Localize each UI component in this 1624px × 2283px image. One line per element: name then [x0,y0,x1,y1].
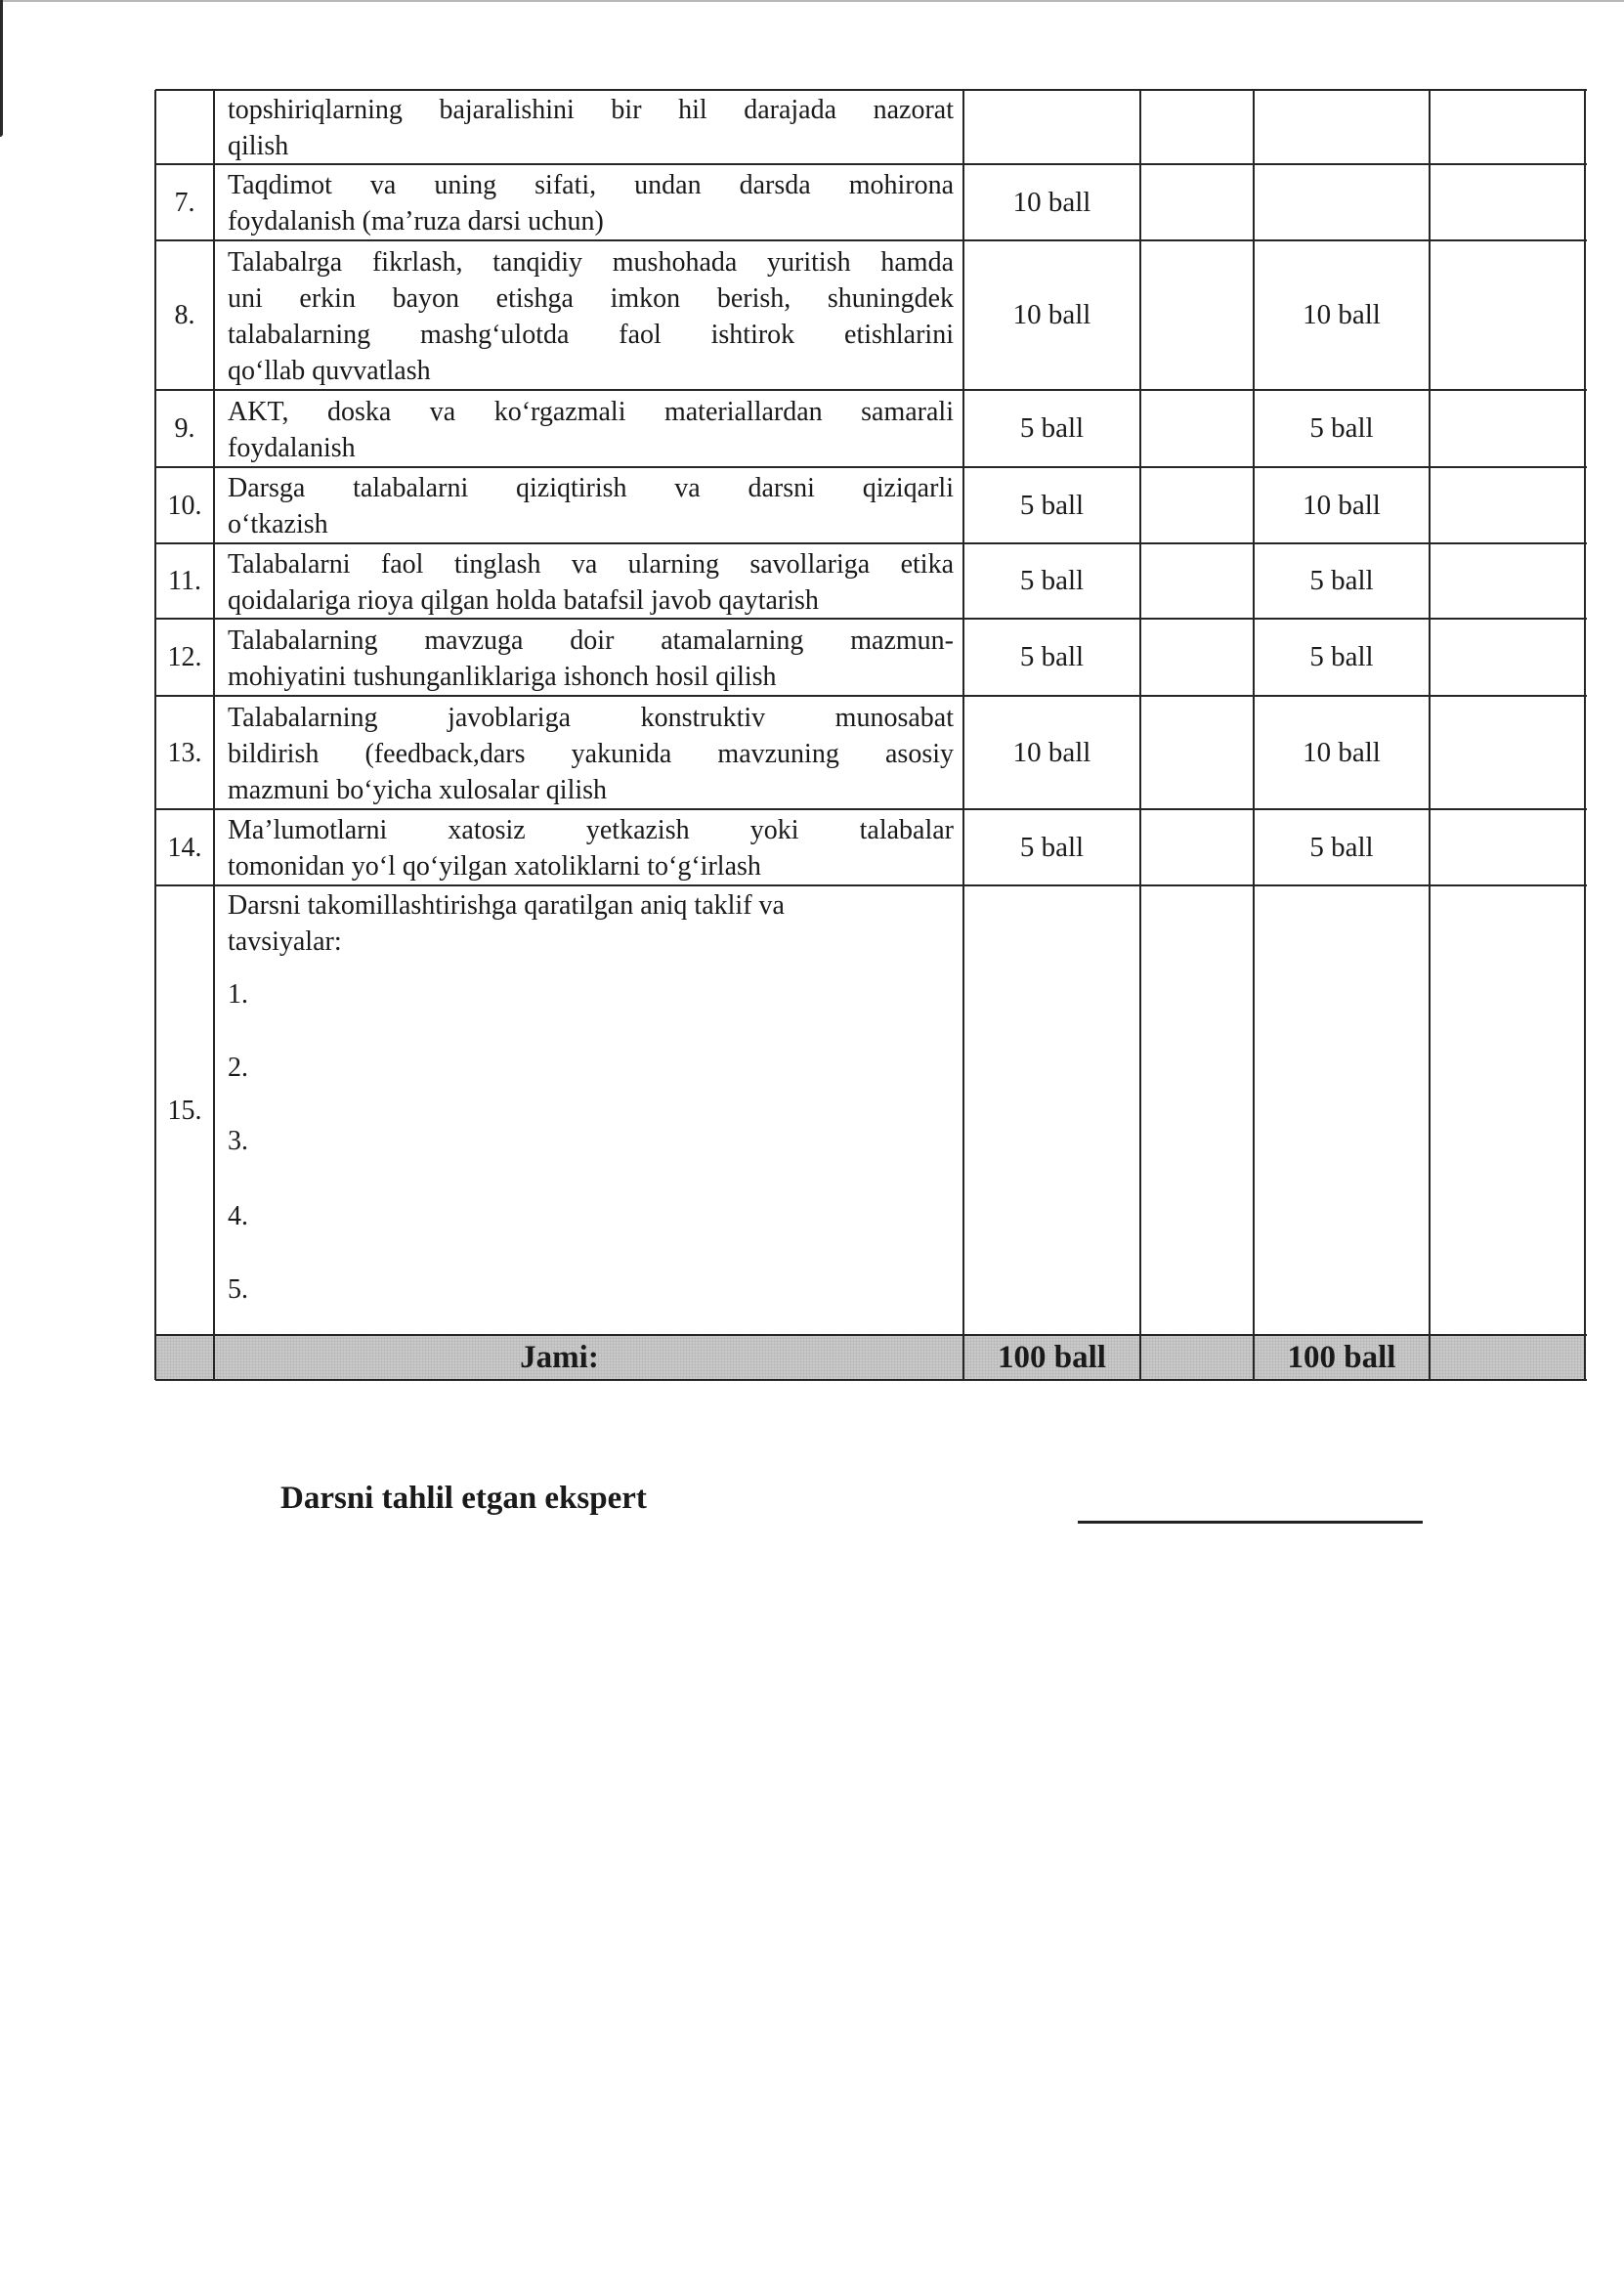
suggestion-item-2[interactable]: 2. [228,1053,948,1084]
criterion-row-10-score-a[interactable] [1140,467,1254,543]
criterion-row-continued-text: topshiriqlarning bajaralishini bir hil d… [214,90,963,164]
criterion-row-8-score-b[interactable]: 10 ball [1254,240,1430,390]
criterion-row-12-score-c[interactable] [1430,619,1585,696]
criterion-row-11-number: 11. [155,543,214,619]
criterion-row-13-score-a[interactable] [1140,696,1254,809]
criterion-row-7-number: 7. [155,164,214,240]
criterion-row-12-score-a[interactable] [1140,619,1254,696]
text-line: Talabalrga fikrlash, tanqidiy mushohada … [228,244,954,280]
criterion-row-11-text: Talabalarni faol tinglash va ularning sa… [214,543,963,619]
text-line: Talabalarning javoblariga konstruktiv mu… [228,700,954,736]
criterion-row-14-max-score: 5 ball [963,809,1140,885]
criterion-row-8-score-c[interactable] [1430,240,1585,390]
criterion-row-7-score-c[interactable] [1430,164,1585,240]
text-line: mohiyatini tushunganliklariga ishonch ho… [228,659,954,695]
total-label: Jami: [155,1335,963,1380]
suggestion-item-5[interactable]: 5. [228,1274,948,1306]
text-line: tavsiyalar: [228,924,954,960]
text-line: foydalanish (ma’ruza darsi uchun) [228,203,954,239]
criterion-row-14-score-c[interactable] [1430,809,1585,885]
criterion-row-11-score-a[interactable] [1140,543,1254,619]
criterion-row-14-score-b[interactable]: 5 ball [1254,809,1430,885]
criterion-row-7-score-a[interactable] [1140,164,1254,240]
suggestion-item-4[interactable]: 4. [228,1201,948,1232]
text-line: Talabalarning mavzuga doir atamalarning … [228,623,954,659]
signature-line[interactable] [1078,1521,1423,1524]
criterion-row-7-score-b[interactable] [1254,164,1430,240]
text-line: uni erkin bayon etishga imkon berish, sh… [228,280,954,317]
criterion-row-12-text: Talabalarning mavzuga doir atamalarning … [214,619,963,696]
text-line: qo‘llab quvvatlash [228,353,954,389]
criterion-row-8-score-a[interactable] [1140,240,1254,390]
criterion-row-9-score-b[interactable]: 5 ball [1254,390,1430,467]
criterion-row-10-score-b[interactable]: 10 ball [1254,467,1430,543]
text-line: qilish [228,128,954,164]
suggestions-row-number: 15. [155,885,214,1335]
criterion-row-8-number: 8. [155,240,214,390]
text-line: topshiriqlarning bajaralishini bir hil d… [228,92,954,128]
criterion-row-11-score-b[interactable]: 5 ball [1254,543,1430,619]
criterion-row-10-max-score: 5 ball [963,467,1140,543]
criterion-row-continued-score-b[interactable] [1254,90,1430,164]
signature-label: Darsni tahlil etgan ekspert [280,1481,647,1517]
criterion-row-14-text: Ma’lumotlarni xatosiz yetkazish yoki tal… [214,809,963,885]
suggestions-heading: Darsni takomillashtirishga qaratilgan an… [228,887,954,960]
criterion-row-12-max-score: 5 ball [963,619,1140,696]
criterion-row-8-text: Talabalrga fikrlash, tanqidiy mushohada … [214,240,963,390]
text-line: Taqdimot va uning sifati, undan darsda m… [228,167,954,203]
criterion-row-13-text: Talabalarning javoblariga konstruktiv mu… [214,696,963,809]
criterion-row-continued-score-a[interactable] [1140,90,1254,164]
text-line: foydalanish [228,430,954,466]
text-line: mazmuni bo‘yicha xulosalar qilish [228,772,954,808]
criterion-row-14-score-a[interactable] [1140,809,1254,885]
criterion-row-12-number: 12. [155,619,214,696]
criterion-row-9-max-score: 5 ball [963,390,1140,467]
criterion-row-12-score-b[interactable]: 5 ball [1254,619,1430,696]
criterion-row-9-number: 9. [155,390,214,467]
evaluation-table: topshiriqlarning bajaralishini bir hil d… [0,0,1624,1466]
criterion-row-9-text: AKT, doska va ko‘rgazmali materiallardan… [214,390,963,467]
criterion-row-11-max-score: 5 ball [963,543,1140,619]
suggestion-item-1[interactable]: 1. [228,979,948,1011]
total-score-c [1430,1335,1585,1380]
criterion-row-13-score-b[interactable]: 10 ball [1254,696,1430,809]
criterion-row-13-score-c[interactable] [1430,696,1585,809]
criterion-row-continued-max-score [963,90,1140,164]
criterion-row-continued-number [155,90,214,164]
suggestion-item-3[interactable]: 3. [228,1126,948,1157]
criterion-row-9-score-a[interactable] [1140,390,1254,467]
text-line: Darsni takomillashtirishga qaratilgan an… [228,887,954,924]
text-line: qoidalariga rioya qilgan holda batafsil … [228,582,954,619]
total-max-score: 100 ball [963,1335,1140,1380]
criterion-row-13-max-score: 10 ball [963,696,1140,809]
text-line: Ma’lumotlarni xatosiz yetkazish yoki tal… [228,812,954,848]
criterion-row-7-max-score: 10 ball [963,164,1140,240]
text-line: talabalarning mashg‘ulotda faol ishtirok… [228,317,954,353]
text-line: AKT, doska va ko‘rgazmali materiallardan… [228,394,954,430]
text-line: Darsga talabalarni qiziqtirish va darsni… [228,470,954,506]
criterion-row-7-text: Taqdimot va uning sifati, undan darsda m… [214,164,963,240]
criterion-row-8-max-score: 10 ball [963,240,1140,390]
criterion-row-10-number: 10. [155,467,214,543]
criterion-row-13-number: 13. [155,696,214,809]
total-score-b: 100 ball [1254,1335,1430,1380]
criterion-row-9-score-c[interactable] [1430,390,1585,467]
criterion-row-continued-score-c[interactable] [1430,90,1585,164]
criterion-row-11-score-c[interactable] [1430,543,1585,619]
total-score-a [1140,1335,1254,1380]
text-line: o‘tkazish [228,506,954,542]
criterion-row-10-score-c[interactable] [1430,467,1585,543]
text-line: tomonidan yo‘l qo‘yilgan xatoliklarni to… [228,848,954,884]
text-line: Talabalarni faol tinglash va ularning sa… [228,546,954,582]
criterion-row-14-number: 14. [155,809,214,885]
criterion-row-10-text: Darsga talabalarni qiziqtirish va darsni… [214,467,963,543]
text-line: bildirish (feedback,dars yakunida mavzun… [228,736,954,772]
